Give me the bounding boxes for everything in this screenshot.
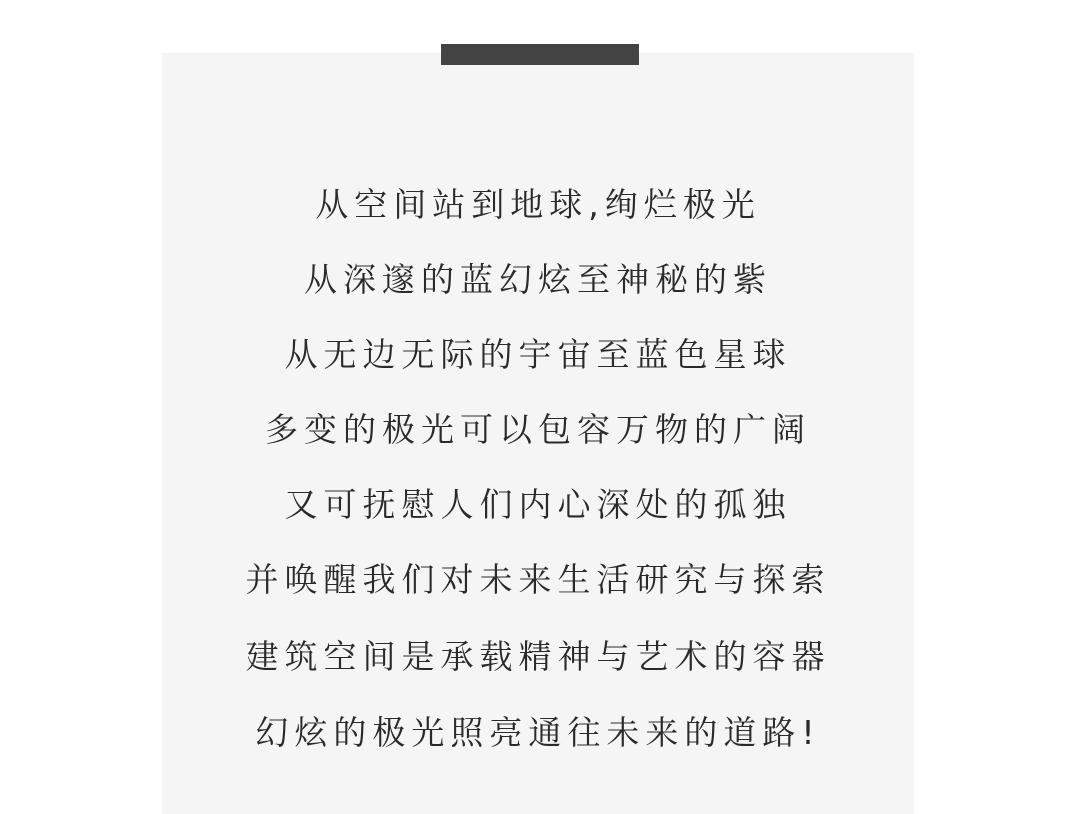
poem-line: 并唤醒我们对未来生活研究与探索 <box>162 560 914 600</box>
poem-line: 从无边无际的宇宙至蓝色星球 <box>162 335 914 375</box>
poem-line: 从深邃的蓝幻炫至神秘的紫 <box>162 260 914 300</box>
poem-line: 建筑空间是承载精神与艺术的容器 <box>162 637 914 677</box>
poem-line: 多变的极光可以包容万物的广阔 <box>162 410 914 450</box>
poem-line: 从空间站到地球,绚烂极光 <box>162 185 914 225</box>
decorative-top-bar <box>441 44 639 65</box>
poem-line: 幻炫的极光照亮通往未来的道路! <box>162 713 914 753</box>
poem-line: 又可抚慰人们内心深处的孤独 <box>162 485 914 525</box>
